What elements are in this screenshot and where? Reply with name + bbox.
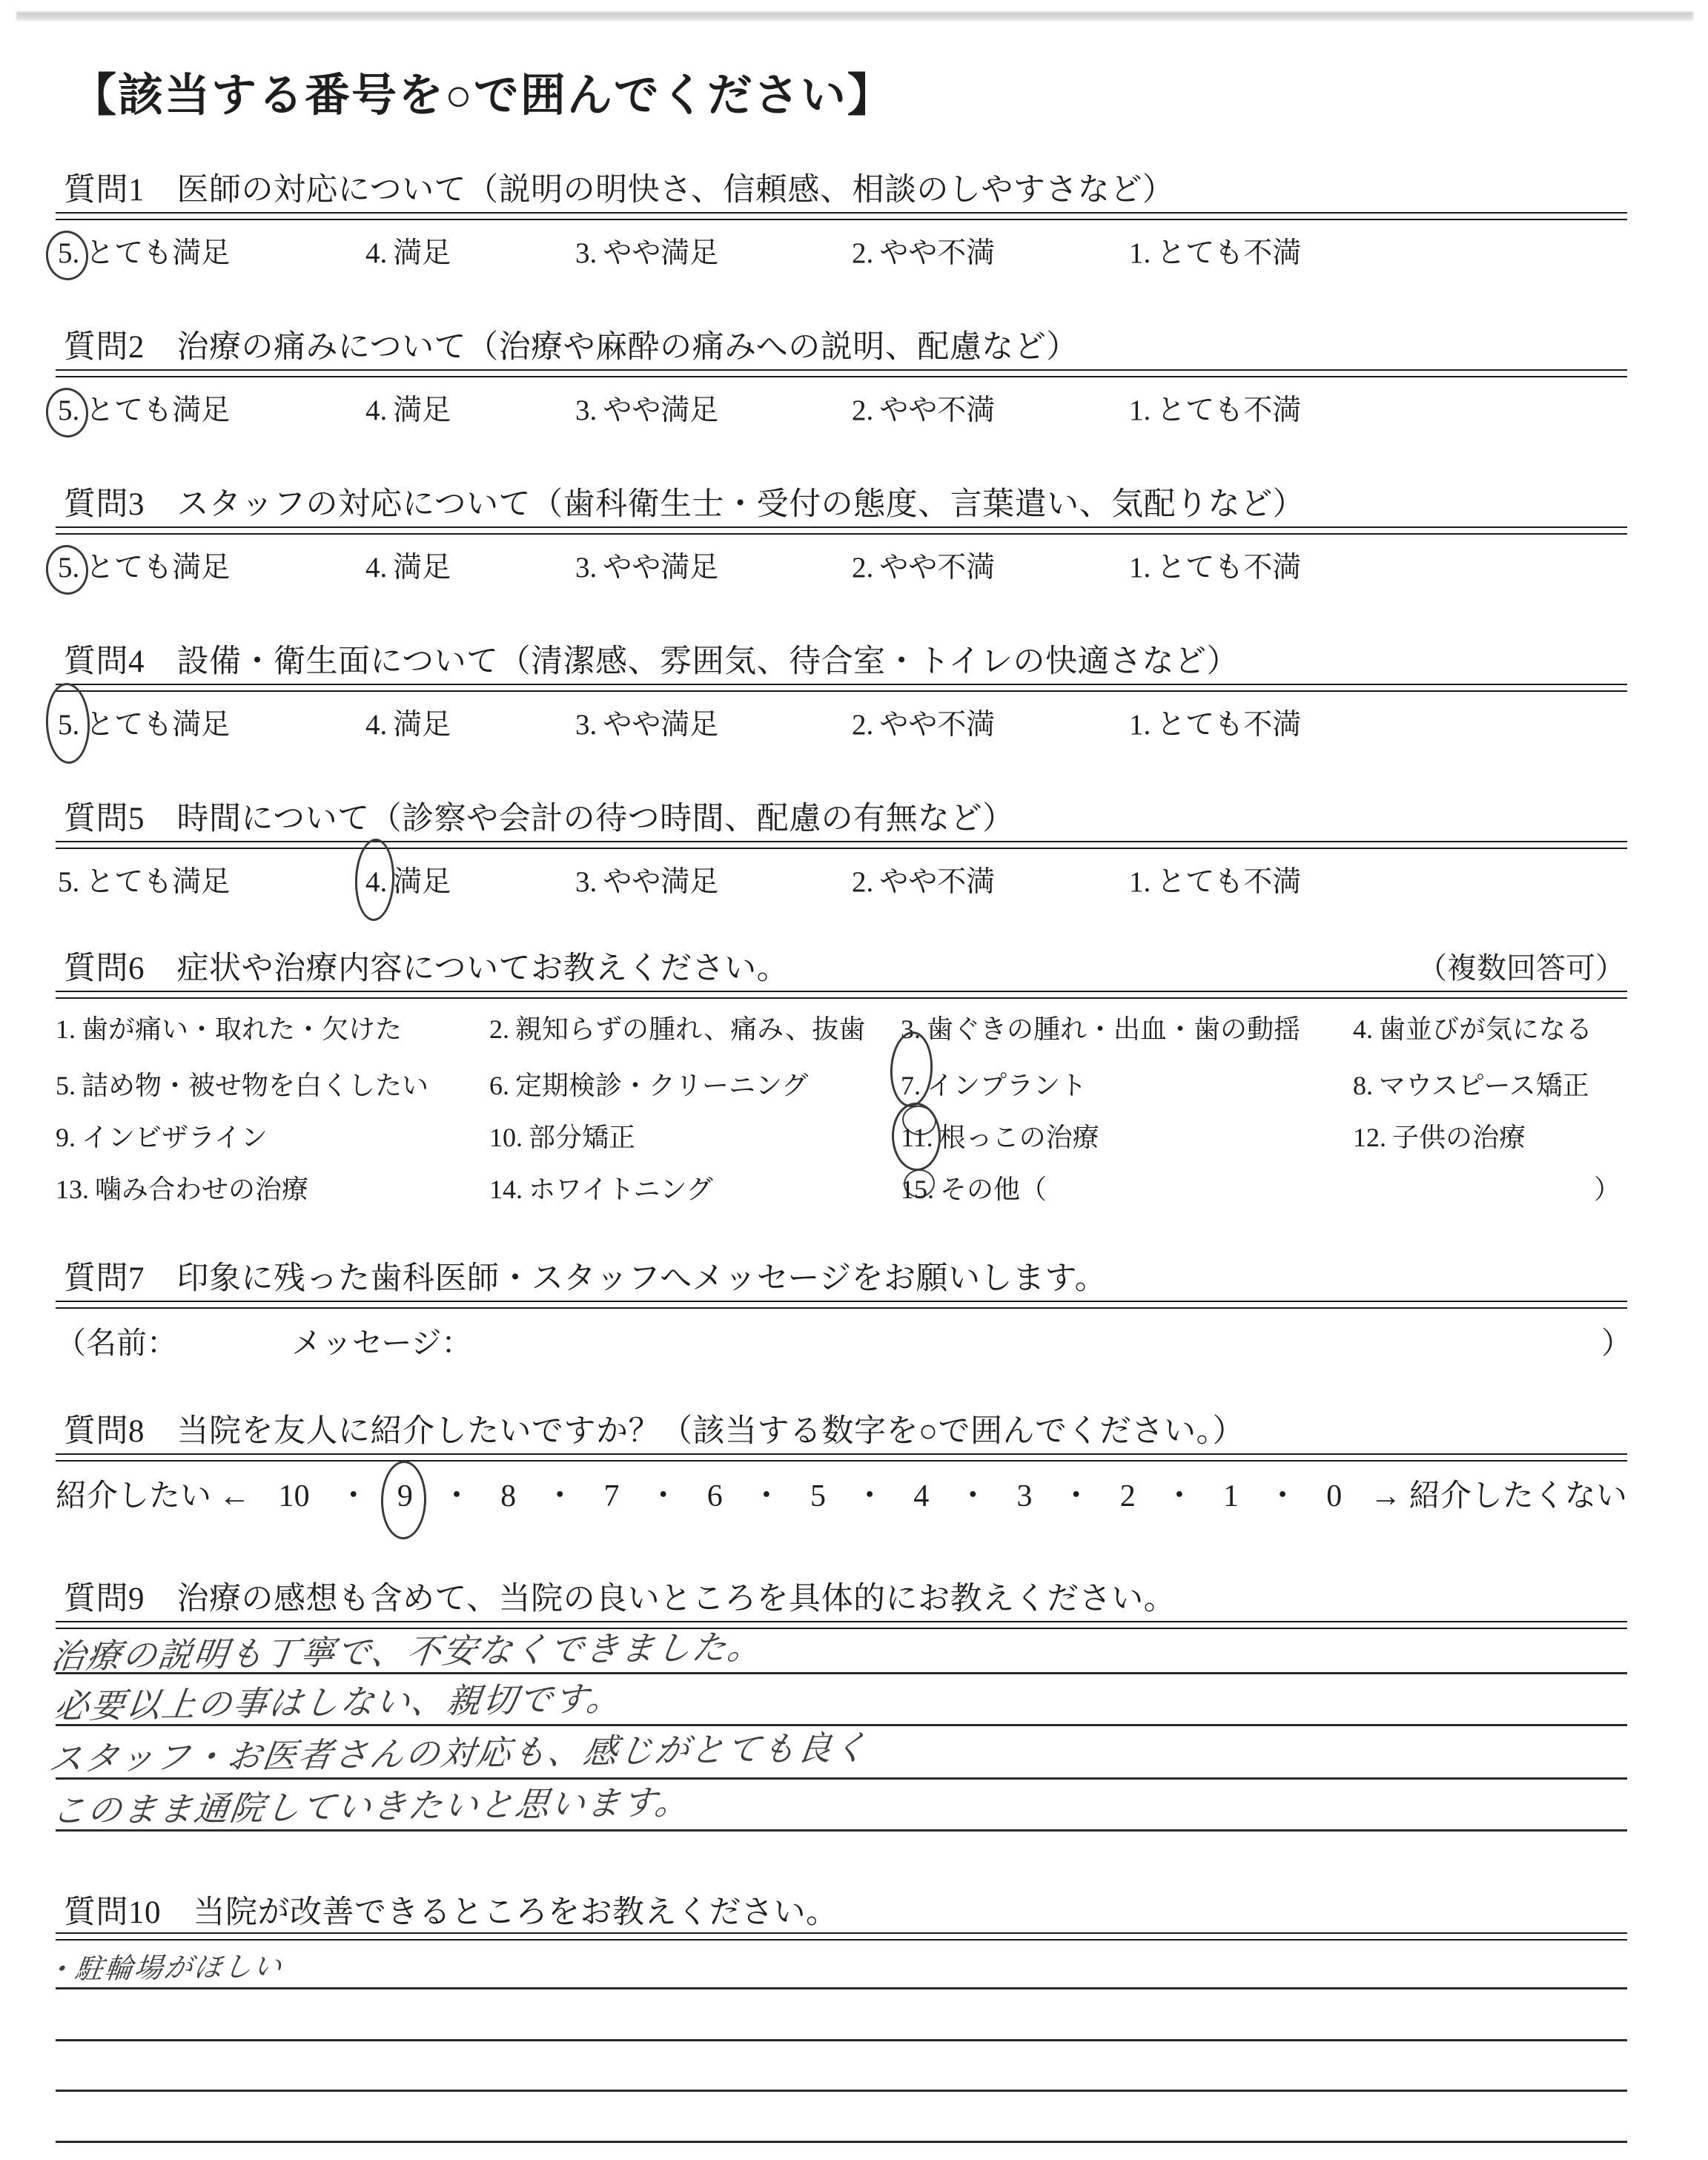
question-1-rule [56,212,1627,220]
option-number: 5. [58,866,79,898]
option-label: 歯が痛い・取れた・欠けた [82,1014,402,1044]
option-number: 4. [365,865,387,899]
question-5-options: 5.とても満足 4.満足 3.やや満足 2.やや不満 1.とても不満 [0,859,1708,903]
option-number: 1. [1129,552,1151,584]
option-label: とても満足 [85,237,230,269]
handwritten-line-1: ・駐輪場がほしい [43,1943,286,1987]
option-number: 3. [575,394,597,426]
option-label: ホワイトニング [529,1175,713,1204]
nps-number-9: 9 [397,1479,413,1514]
nps-number-2: 2 [1120,1479,1136,1514]
option-number: 15. [901,1175,934,1204]
question-5-rule [56,841,1627,849]
q6-item-2: 2.親知らずの腫れ、痛み、抜歯 [489,1008,865,1046]
option-label: とても不満 [1156,866,1301,898]
separator-dot: ・ [751,1471,782,1516]
question-7-header: 質問7 印象に残った歯科医師・スタッフへメッセージをお願いします。 [64,1253,1107,1298]
q1-option-4: 4.満足 [365,230,451,271]
option-number: 2. [852,709,873,741]
option-number: 3. [901,1014,921,1044]
option-number: 2. [852,552,873,584]
separator-dot: ・ [957,1471,988,1516]
option-label: 根っこの治療 [939,1123,1099,1152]
close-paren: ） [1601,1318,1632,1362]
q3-option-3: 3.やや満足 [575,544,718,586]
question-10-header: 質問10 当院が改善できるところをお教えください。 [64,1887,838,1932]
option-label: 満足 [393,866,451,898]
q6-item-13: 13.噛み合わせの治療 [56,1169,308,1206]
option-label: 歯並びが気になる [1379,1014,1592,1044]
handwritten-line-2: 必要以上の事はしない、親切です。 [52,1671,626,1728]
option-label: やや満足 [603,237,718,269]
option-number: 8. [1353,1071,1373,1100]
q6-item-9: 9.インビザライン [56,1117,268,1155]
option-label: やや不満 [879,237,995,269]
option-label: 子供の治療 [1392,1123,1526,1152]
q6-item-11: 11.根っこの治療 [901,1117,1099,1155]
q4-option-5: 5.とても満足 [58,701,230,743]
q6-item-12: 12.子供の治療 [1353,1117,1526,1155]
q5-option-1: 1.とても不満 [1129,859,1301,900]
question-5-header: 質問5 時間について（診察や会計の待つ時間、配慮の有無など） [64,793,1015,839]
option-number: 4. [365,394,387,426]
q2-option-1: 1.とても不満 [1129,387,1301,429]
separator-dot: ・ [648,1471,679,1516]
question-2-header: 質問2 治療の痛みについて（治療や麻酔の痛みへの説明、配慮など） [64,322,1079,367]
option-number: 12. [1353,1123,1386,1152]
option-label: その他（ [940,1175,1047,1204]
q1-option-2: 2.やや不満 [852,230,995,271]
q6-item-14: 14.ホワイトニング [489,1169,713,1206]
q2-option-3: 3.やや満足 [575,387,718,429]
question-1-header: 質問1 医師の対応について（説明の明快さ、信頼感、相談のしやすさなど） [64,165,1174,210]
option-label: 定期検診・クリーニング [515,1071,808,1100]
nps-left-label: 紹介したい ← [56,1471,251,1516]
q4-option-2: 2.やや不満 [852,701,995,743]
question-10-rule [56,1932,1627,1941]
handwritten-line-4: このまま通院していきたいと思います。 [49,1775,694,1833]
q6-item-15: 15.その他（ [901,1169,1047,1206]
q4-option-1: 1.とても不満 [1129,701,1301,743]
other-close-paren: ） [1594,1169,1621,1206]
option-label: やや満足 [603,394,718,426]
nps-number-1: 1 [1223,1479,1239,1514]
separator-dot: ・ [1267,1471,1298,1516]
option-label: とても不満 [1156,552,1301,584]
q1-option-3: 3.やや満足 [575,230,718,271]
option-number: 1. [1129,237,1151,269]
ruled-line [56,1987,1627,1989]
option-label: とても不満 [1156,394,1301,426]
separator-dot: ・ [544,1471,575,1516]
separator-dot: ・ [338,1471,369,1516]
q6-item-4: 4.歯並びが気になる [1353,1008,1592,1046]
option-label: とても満足 [85,866,230,898]
option-number: 9. [56,1123,76,1152]
q5-option-4: 4.満足 [365,859,451,900]
multiple-answers-note: （複数回答可） [1417,945,1625,987]
option-number: 1. [56,1014,76,1044]
nps-number-5: 5 [810,1479,826,1514]
nps-number-4: 4 [913,1479,929,1514]
option-number: 3. [575,866,597,898]
option-label: やや満足 [603,552,718,584]
question-3-options: 5.とても満足 4.満足 3.やや満足 2.やや不満 1.とても不満 [0,544,1708,589]
form-title: 【該当する番号を○で囲んでください】 [71,59,894,124]
option-number: 4. [365,237,387,269]
option-label: 満足 [393,552,451,584]
q4-option-4: 4.満足 [365,701,451,743]
option-number: 4. [365,552,387,584]
q6-item-8: 8.マウスピース矯正 [1353,1065,1589,1103]
option-label: やや不満 [879,866,995,898]
nps-number-8: 8 [500,1479,516,1514]
option-number: 3. [575,237,597,269]
q5-option-2: 2.やや不満 [852,859,995,900]
message-field-label: メッセージ： [291,1318,472,1362]
separator-dot: ・ [441,1471,472,1516]
ruled-line [56,1777,1627,1780]
option-label: とても不満 [1156,237,1301,269]
option-label: とても満足 [85,394,230,426]
option-label: インプラント [927,1071,1087,1100]
question-6-rule [56,991,1627,999]
option-number: 5. [58,237,79,270]
nps-right-label: → 紹介したくない [1370,1471,1627,1516]
scan-artifact-band [16,12,1693,21]
q6-item-1: 1.歯が痛い・取れた・欠けた [56,1008,402,1046]
option-number: 5. [56,1071,76,1100]
q6-item-7: 7.インプラント [901,1065,1087,1103]
option-number: 3. [575,709,597,741]
option-label: 満足 [393,237,451,269]
option-label: 部分矯正 [529,1123,635,1152]
question-7-rule [56,1301,1627,1309]
question-6-header: 質問6 症状や治療内容についてお教えください。 [64,943,789,988]
q2-option-5: 5.とても満足 [58,387,230,429]
q5-option-3: 3.やや満足 [575,859,718,900]
q6-item-6: 6.定期検診・クリーニング [489,1065,808,1103]
option-label: 親知らずの腫れ、痛み、抜歯 [515,1014,865,1044]
q6-item-5: 5.詰め物・被せ物を白くしたい [56,1065,428,1103]
nps-number-7: 7 [603,1479,619,1514]
option-number: 10. [489,1123,523,1152]
option-number: 6. [489,1071,509,1100]
q3-option-4: 4.満足 [365,544,451,586]
ruled-line [56,2141,1627,2143]
option-number: 2. [852,237,873,269]
option-number: 5. [58,551,79,584]
option-label: とても満足 [85,709,230,741]
question-4-options: 5.とても満足 4.満足 3.やや満足 2.やや不満 1.とても不満 [0,701,1708,746]
question-4-header: 質問4 設備・衛生面について（清潔感、雰囲気、待合室・トイレの快適さなど） [64,636,1239,681]
q1-option-5: 5.とても満足 [58,230,230,271]
q3-option-5: 5.とても満足 [58,544,230,586]
option-label: マウスピース矯正 [1379,1071,1589,1100]
nps-number-3: 3 [1017,1479,1033,1514]
name-field-label: （名前： [56,1318,177,1362]
question-4-rule [56,684,1627,692]
option-label: とても不満 [1156,709,1301,741]
option-number: 7. [901,1070,921,1101]
ruled-line [56,2039,1627,2041]
question-2-options: 5.とても満足 4.満足 3.やや満足 2.やや不満 1.とても不満 [0,387,1708,432]
option-label: 満足 [393,394,451,426]
q3-option-2: 2.やや不満 [852,544,995,586]
question-2-rule [56,369,1627,377]
question-8-header: 質問8 当院を友人に紹介したいですか？（該当する数字を○で囲んでください。） [64,1406,1245,1451]
option-number: 1. [1129,709,1151,741]
question-3-header: 質問3 スタッフの対応について（歯科衛生士・受付の態度、言葉遣い、気配りなど） [64,479,1305,524]
q2-option-4: 4.満足 [365,387,451,429]
nps-number-0: 0 [1326,1479,1342,1514]
option-number: 2. [852,394,873,426]
option-label: 歯ぐきの腫れ・出血・歯の動揺 [927,1014,1300,1044]
option-label: とても満足 [85,552,230,584]
q2-option-2: 2.やや不満 [852,387,995,429]
option-label: インビザライン [82,1123,268,1152]
option-label: やや不満 [879,394,995,426]
separator-dot: ・ [1164,1471,1195,1516]
option-number: 1. [1129,866,1151,898]
option-number: 11. [901,1122,933,1153]
option-number: 2. [489,1014,509,1044]
survey-form-page: 【該当する番号を○で囲んでください】 質問1 医師の対応について（説明の明快さ、… [0,0,1708,2160]
separator-dot: ・ [854,1471,885,1516]
q6-item-3: 3.歯ぐきの腫れ・出血・歯の動揺 [901,1008,1300,1046]
ruled-line [56,2090,1627,2092]
option-number: 14. [489,1175,523,1204]
handwritten-line-1: 治療の説明も丁寧で、不安なくできました。 [48,1620,767,1679]
option-number: 13. [56,1175,89,1204]
q5-option-5: 5.とても満足 [58,859,230,900]
q1-option-1: 1.とても不満 [1129,230,1301,271]
q4-option-3: 3.やや満足 [575,701,718,743]
option-number: 5. [58,394,79,427]
option-number: 4. [365,709,387,741]
option-number: 3. [575,552,597,584]
option-label: 詰め物・被せ物を白くしたい [82,1071,428,1100]
handwritten-line-3: スタッフ・お医者さんの対応も、感じがとても良く [46,1721,872,1781]
nps-number-10: 10 [279,1479,310,1514]
option-number: 1. [1129,394,1151,426]
question-8-rule [56,1453,1627,1462]
question-1-options: 5.とても満足 4.満足 3.やや満足 2.やや不満 1.とても不満 [0,230,1708,274]
option-label: やや不満 [879,552,995,584]
question-9-header: 質問9 治療の感想も含めて、当院の良いところを具体的にお教えください。 [64,1573,1176,1619]
option-label: 満足 [393,709,451,741]
option-label: やや満足 [603,866,718,898]
separator-dot: ・ [1061,1471,1092,1516]
question-3-rule [56,526,1627,535]
nps-scale-row: 紹介したい ← 10 ・ 9 ・ 8 ・ 7 ・ 6 ・ 5 ・ 4 ・ 3 ・… [56,1471,1627,1516]
option-label: やや満足 [603,709,718,741]
nps-number-6: 6 [707,1479,723,1514]
option-number: 5. [58,708,79,742]
option-label: やや不満 [879,709,995,741]
option-label: 噛み合わせの治療 [95,1175,308,1204]
q3-option-1: 1.とても不満 [1129,544,1301,586]
option-number: 2. [852,866,873,898]
option-number: 4. [1353,1014,1373,1044]
q6-item-10: 10.部分矯正 [489,1117,635,1155]
